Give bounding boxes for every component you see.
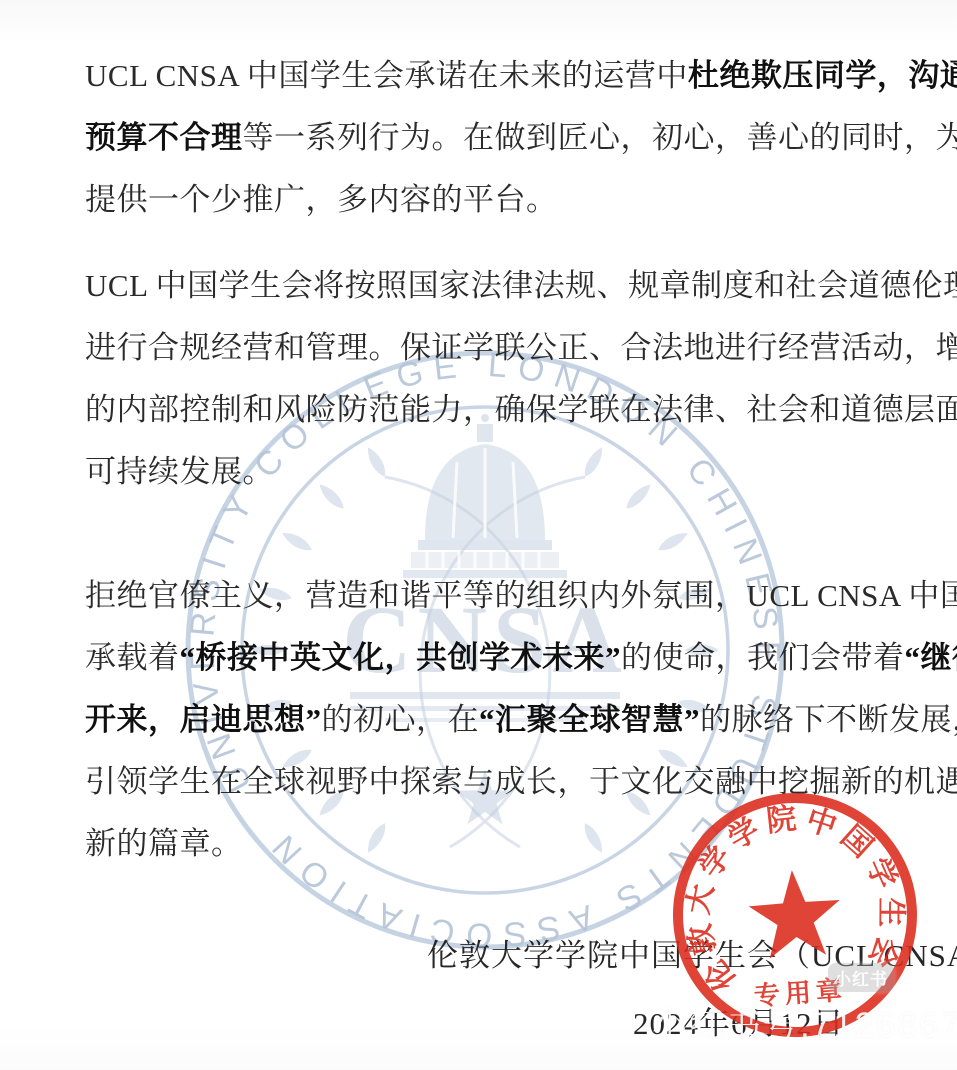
emphasized-text: 预算不合理 [85,120,243,155]
text-line: 开来，启迪思想”的初心，在“汇聚全球智慧”的脉络下不断发展， [85,689,920,751]
emphasized-text: “汇聚全球智慧” [479,702,700,737]
body-text: 的内部控制和风险防范能力，确保学联在法律、社会和道德层面上取得 [85,392,957,427]
body-text: 提供一个少推广，多内容的平台。 [85,182,558,217]
text-line: 承载着“桥接中英文化，共创学术未来”的使命，我们会带着“继往 [85,627,920,689]
paragraph: UCL CNSA 中国学生会承诺在未来的运营中杜绝欺压同学，沟通不及时，预算不合… [85,45,920,231]
emphasized-text: “桥接中英文化，共创学术未来” [180,640,622,675]
stamp-star-icon [746,867,843,960]
body-text: 新的篇章。 [85,826,243,861]
body-text: UCL CNSA 中国学生会承诺在未来的运营中 [85,58,688,93]
emphasized-text: 杜绝欺压同学，沟通不及时， [688,58,957,93]
text-line: 拒绝官僚主义，营造和谐平等的组织内外氛围，UCL CNSA 中国学生会 [85,565,920,627]
xhs-badge: 小红书 [828,963,894,992]
body-text: 的初心，在 [322,702,480,737]
text-line: UCL CNSA 中国学生会承诺在未来的运营中杜绝欺压同学，沟通不及时， [85,45,920,107]
emphasized-text: “继往 [905,640,957,675]
text-line: 预算不合理等一系列行为。在做到匠心，初心，善心的同时，为同学们 [85,107,920,169]
body-text: UCL 中国学生会将按照国家法律法规、规章制度和社会道德伦理要求， [85,268,957,303]
body-text: 等一系列行为。在做到匠心，初心，善心的同时，为同学们 [243,120,957,155]
document-page: UNIVERSITY COLLEGE LONDON CHINESE STUDEN… [0,0,957,1070]
body-text: 的使命，我们会带着 [621,640,905,675]
text-line: 的内部控制和风险防范能力，确保学联在法律、社会和道德层面上取得 [85,379,920,441]
body-text: 可持续发展。 [85,454,274,489]
text-line: UCL 中国学生会将按照国家法律法规、规章制度和社会道德伦理要求， [85,255,920,317]
xhs-badge-label: 小红书 [834,965,888,990]
paragraph: UCL 中国学生会将按照国家法律法规、规章制度和社会道德伦理要求，进行合规经营和… [85,255,920,503]
xhs-id-watermark: 小红书号:712686717 [652,998,957,1048]
body-text: 的脉络下不断发展， [700,702,957,737]
emphasized-text: 开来，启迪思想” [85,702,322,737]
body-text: 承载着 [85,640,180,675]
body-text: 进行合规经营和管理。保证学联公正、合法地进行经营活动，增强学联 [85,330,957,365]
text-line: 进行合规经营和管理。保证学联公正、合法地进行经营活动，增强学联 [85,317,920,379]
text-line: 可持续发展。 [85,441,920,503]
body-text: 拒绝官僚主义，营造和谐平等的组织内外氛围，UCL CNSA 中国学生会 [85,578,957,613]
text-line: 提供一个少推广，多内容的平台。 [85,169,920,231]
